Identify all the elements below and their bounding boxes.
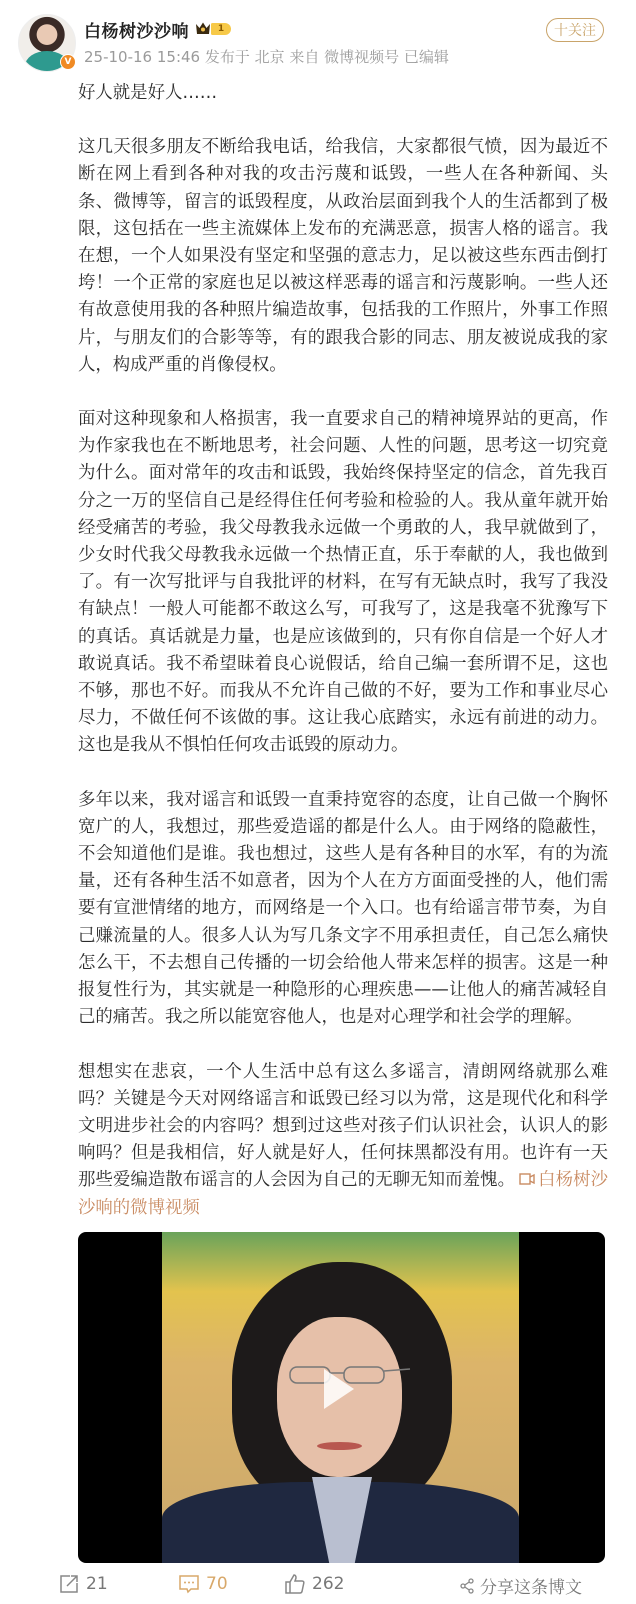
repost-button[interactable]: 21 <box>58 1573 108 1595</box>
repost-count: 21 <box>86 1574 108 1594</box>
like-count: 262 <box>312 1574 344 1594</box>
comment-button[interactable]: 70 <box>178 1573 228 1595</box>
share-button[interactable]: 分享这条博文 <box>460 1573 582 1598</box>
share-label: 分享这条博文 <box>480 1573 582 1598</box>
post-paragraph: 多年以来，我对谣言和诋毁一直秉持宽容的态度，让自己做一个胸怀宽广的人，我想过，那… <box>78 787 608 1032</box>
post-headline: 好人就是好人…… <box>78 80 608 107</box>
thumbnail-lips <box>317 1442 362 1450</box>
post-paragraph: 面对这种现象和人格损害，我一直要求自己的精神境界站的更高，作为作家我也在不断地思… <box>78 406 608 760</box>
author-name[interactable]: 白杨树沙沙响 <box>84 17 189 42</box>
play-icon[interactable] <box>324 1369 354 1409</box>
crown-icon <box>195 21 211 35</box>
video-link-icon <box>519 1172 535 1186</box>
repost-icon <box>58 1573 80 1595</box>
verified-badge-icon: V <box>60 54 76 70</box>
post-paragraph: 这几天很多朋友不断给我电话，给我信，大家都很气愤，因为最近不断在网上看到各种对我… <box>78 134 608 379</box>
follow-button[interactable]: 十关注 <box>546 18 604 42</box>
post-content: 好人就是好人…… 这几天很多朋友不断给我电话，给我信，大家都很气愤，因为最近不断… <box>78 80 608 1222</box>
like-button[interactable]: 262 <box>284 1573 344 1595</box>
post-paragraph-last: 想想实在悲哀，一个人生活中总有这么多谣言，清朗网络就那么难吗？关键是今天对网络谣… <box>78 1059 608 1222</box>
level-badge: 1 <box>211 23 231 35</box>
like-icon <box>284 1573 306 1595</box>
action-bar: 21 70 262 分享这条博文 <box>0 1563 636 1604</box>
share-icon <box>460 1578 474 1594</box>
post-header: V 白杨树沙沙响 1 25-10-16 15:46 发布于 北京 来自 微博视频… <box>0 0 636 80</box>
comment-count: 70 <box>206 1574 228 1594</box>
video-player[interactable] <box>78 1232 605 1563</box>
comment-icon <box>178 1573 200 1595</box>
post-meta: 25-10-16 15:46 发布于 北京 来自 微博视频号 已编辑 <box>84 46 449 67</box>
